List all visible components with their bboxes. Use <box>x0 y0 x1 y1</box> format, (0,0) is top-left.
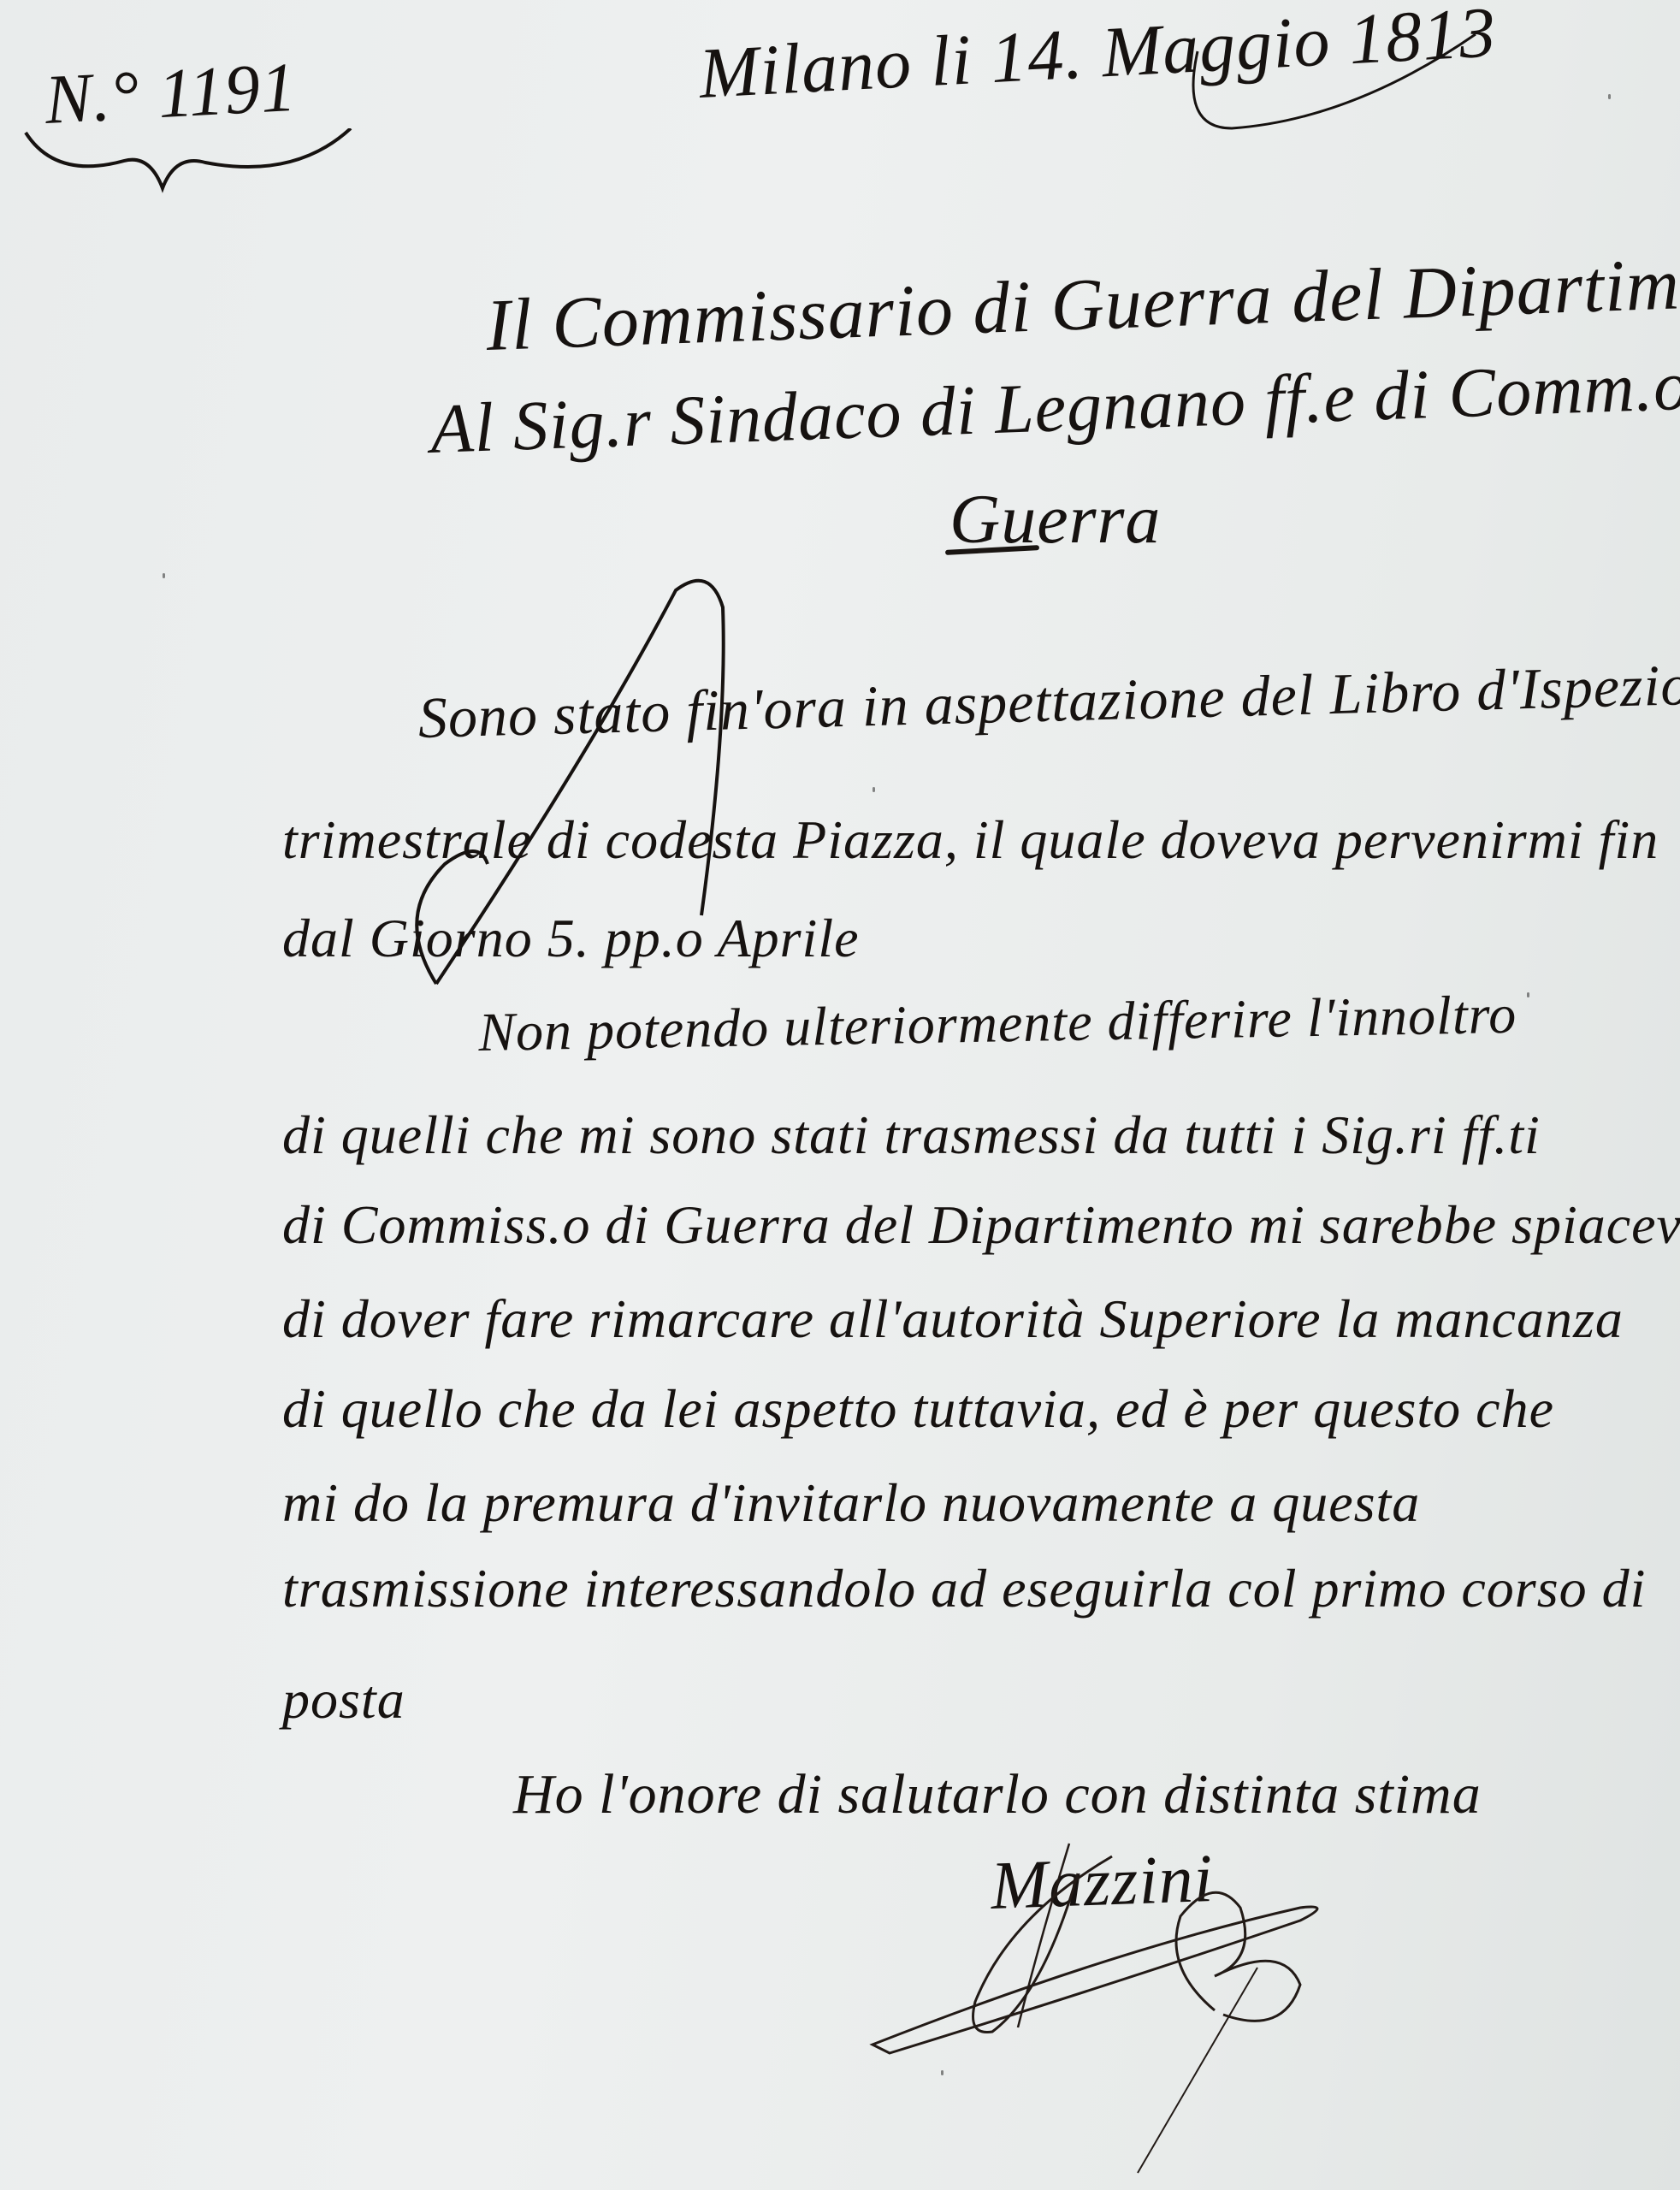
body-line-6: di Commiss.o di Guerra del Dipartimento … <box>282 1193 1680 1257</box>
body-line-8: di quello che da lei aspetto tuttavia, e… <box>282 1377 1554 1441</box>
sender-heading: Il Commissario di Guerra del Dipartiment… <box>485 236 1680 368</box>
body-line-9: mi do la premura d'invitarlo nuovamente … <box>282 1471 1420 1535</box>
body-line-11: posta <box>282 1668 405 1731</box>
closing-salutation: Ho l'onore di salutarlo con distinta sti… <box>513 1762 1482 1827</box>
date-bracket-flourish <box>1180 26 1480 145</box>
body-line-2: trimestrale di codesta Piazza, il quale … <box>282 808 1659 872</box>
body-line-10: trasmissione interessandolo ad eseguirla… <box>282 1557 1646 1620</box>
body-line-3: dal Giorno 5. pp.o Aprile <box>282 907 860 970</box>
protocol-number: N.° 1191 <box>43 47 299 140</box>
body-line-7: di dover fare rimarcare all'autorità Sup… <box>282 1287 1624 1351</box>
letter-page: N.° 1191 Milano li 14. Maggio 1813 Il Co… <box>0 0 1680 2190</box>
body-line-5: di quelli che mi sono stati trasmessi da… <box>282 1104 1541 1167</box>
protocol-flourish-icon <box>21 128 355 197</box>
signature-flourish-icon <box>855 1839 1591 2181</box>
